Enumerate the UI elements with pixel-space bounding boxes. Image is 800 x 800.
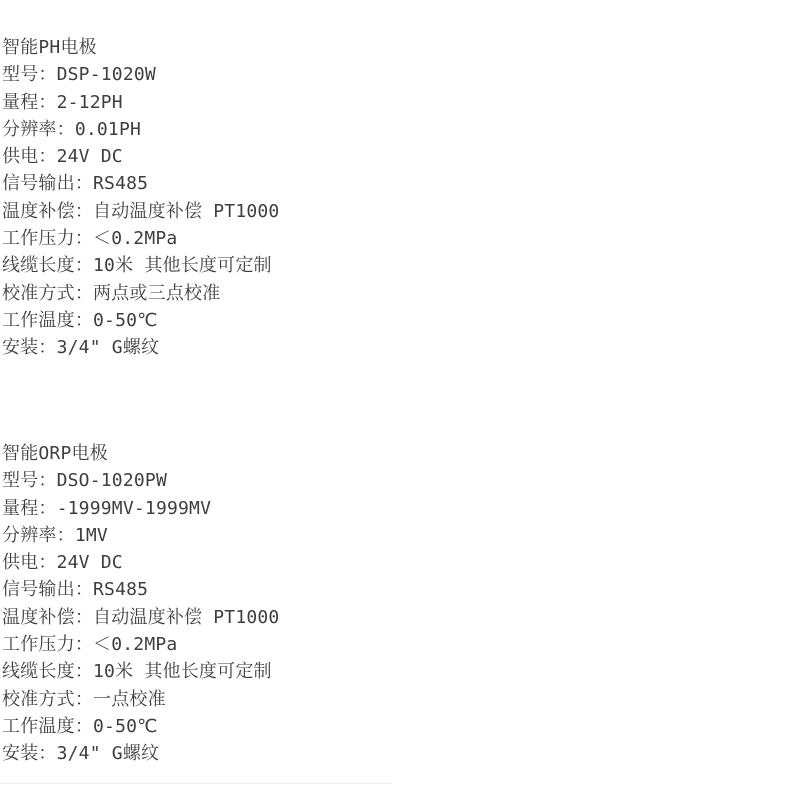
- spec-label: 工作压力: [2, 634, 75, 655]
- spec-value: DSP-1020W: [57, 64, 156, 85]
- spec-value: 1MV: [75, 525, 108, 546]
- spec-colon: ：: [75, 716, 93, 737]
- spec-line: 供电：24V DC: [2, 143, 279, 170]
- spec-colon: ：: [75, 283, 93, 304]
- spec-value: RS485: [93, 173, 148, 194]
- spec-colon: ：: [75, 607, 93, 628]
- spec-line: 型号：DSP-1020W: [2, 61, 279, 88]
- spec-value: 3/4" G螺纹: [57, 337, 160, 358]
- spec-value: 0-50℃: [93, 310, 158, 331]
- spec-value: 一点校准: [93, 689, 166, 710]
- spec-label: 型号: [2, 470, 38, 491]
- spec-line: 工作压力：＜0.2MPa: [2, 631, 279, 658]
- spec-colon: ：: [75, 689, 93, 710]
- spec-rows: 型号：DSP-1020W 量程：2-12PH 分辨率：0.01PH 供电：24V…: [2, 61, 279, 361]
- spec-line: 温度补偿：自动温度补偿 PT1000: [2, 198, 279, 225]
- spec-line: 供电：24V DC: [2, 549, 279, 576]
- spec-label: 信号输出: [2, 579, 75, 600]
- spec-value: 两点或三点校准: [93, 283, 220, 304]
- spec-label: 分辨率: [2, 119, 57, 140]
- spec-colon: ：: [75, 255, 93, 276]
- spec-line: 校准方式：两点或三点校准: [2, 280, 279, 307]
- spec-value: 自动温度补偿 PT1000: [93, 607, 279, 628]
- spec-label: 安装: [2, 337, 38, 358]
- bottom-divider-line: [0, 783, 392, 784]
- spec-colon: ：: [38, 92, 56, 113]
- spec-line: 温度补偿：自动温度补偿 PT1000: [2, 604, 279, 631]
- spec-label: 安装: [2, 743, 38, 764]
- spec-line: 安装：3/4" G螺纹: [2, 334, 279, 361]
- spec-value: RS485: [93, 579, 148, 600]
- spec-value: 10米 其他长度可定制: [93, 661, 272, 682]
- spec-line: 线缆长度：10米 其他长度可定制: [2, 252, 279, 279]
- spec-colon: ：: [75, 228, 93, 249]
- spec-value: 24V DC: [57, 146, 123, 167]
- spec-label: 线缆长度: [2, 255, 75, 276]
- spec-colon: ：: [75, 310, 93, 331]
- spec-line: 线缆长度：10米 其他长度可定制: [2, 658, 279, 685]
- spec-line: 信号输出：RS485: [2, 576, 279, 603]
- spec-label: 工作温度: [2, 716, 75, 737]
- product-title: 智能PH电极: [2, 34, 279, 61]
- spec-colon: ：: [38, 64, 56, 85]
- spec-line: 量程：2-12PH: [2, 89, 279, 116]
- spec-label: 校准方式: [2, 283, 75, 304]
- spec-value: ＜0.2MPa: [93, 228, 177, 249]
- spec-value: 3/4" G螺纹: [57, 743, 160, 764]
- spec-line: 工作温度：0-50℃: [2, 713, 279, 740]
- spec-value: 0.01PH: [75, 119, 141, 140]
- spec-label: 工作压力: [2, 228, 75, 249]
- spec-value: DSO-1020PW: [57, 470, 167, 491]
- spec-label: 温度补偿: [2, 607, 75, 628]
- spec-line: 量程：-1999MV-1999MV: [2, 495, 279, 522]
- spec-value: 自动温度补偿 PT1000: [93, 201, 279, 222]
- spec-colon: ：: [75, 579, 93, 600]
- spec-line: 信号输出：RS485: [2, 170, 279, 197]
- spec-colon: ：: [38, 498, 56, 519]
- spec-colon: ：: [57, 525, 75, 546]
- spec-label: 工作温度: [2, 310, 75, 331]
- spec-colon: ：: [38, 552, 56, 573]
- spec-value: 24V DC: [57, 552, 123, 573]
- spec-colon: ：: [38, 743, 56, 764]
- spec-colon: ：: [75, 634, 93, 655]
- spec-label: 温度补偿: [2, 201, 75, 222]
- spec-colon: ：: [75, 201, 93, 222]
- spec-line: 型号：DSO-1020PW: [2, 467, 279, 494]
- product-title: 智能ORP电极: [2, 440, 279, 467]
- spec-value: 2-12PH: [57, 92, 123, 113]
- spec-label: 线缆长度: [2, 661, 75, 682]
- spec-label: 分辨率: [2, 525, 57, 546]
- product-spec-block-ph: 智能PH电极 型号：DSP-1020W 量程：2-12PH 分辨率：0.01PH…: [2, 34, 279, 362]
- spec-colon: ：: [38, 146, 56, 167]
- spec-colon: ：: [38, 470, 56, 491]
- spec-label: 型号: [2, 64, 38, 85]
- spec-value: ＜0.2MPa: [93, 634, 177, 655]
- spec-label: 校准方式: [2, 689, 75, 710]
- spec-value: 10米 其他长度可定制: [93, 255, 272, 276]
- spec-colon: ：: [57, 119, 75, 140]
- spec-label: 供电: [2, 552, 38, 573]
- spec-label: 信号输出: [2, 173, 75, 194]
- spec-value: 0-50℃: [93, 716, 158, 737]
- spec-value: -1999MV-1999MV: [57, 498, 212, 519]
- spec-rows: 型号：DSO-1020PW 量程：-1999MV-1999MV 分辨率：1MV …: [2, 467, 279, 767]
- spec-colon: ：: [75, 661, 93, 682]
- spec-label: 供电: [2, 146, 38, 167]
- spec-line: 分辨率：0.01PH: [2, 116, 279, 143]
- spec-line: 安装：3/4" G螺纹: [2, 740, 279, 767]
- spec-label: 量程: [2, 92, 38, 113]
- spec-line: 工作压力：＜0.2MPa: [2, 225, 279, 252]
- spec-label: 量程: [2, 498, 38, 519]
- spec-colon: ：: [75, 173, 93, 194]
- spec-colon: ：: [38, 337, 56, 358]
- spec-line: 校准方式：一点校准: [2, 686, 279, 713]
- spec-line: 分辨率：1MV: [2, 522, 279, 549]
- product-spec-block-orp: 智能ORP电极 型号：DSO-1020PW 量程：-1999MV-1999MV …: [2, 440, 279, 768]
- spec-line: 工作温度：0-50℃: [2, 307, 279, 334]
